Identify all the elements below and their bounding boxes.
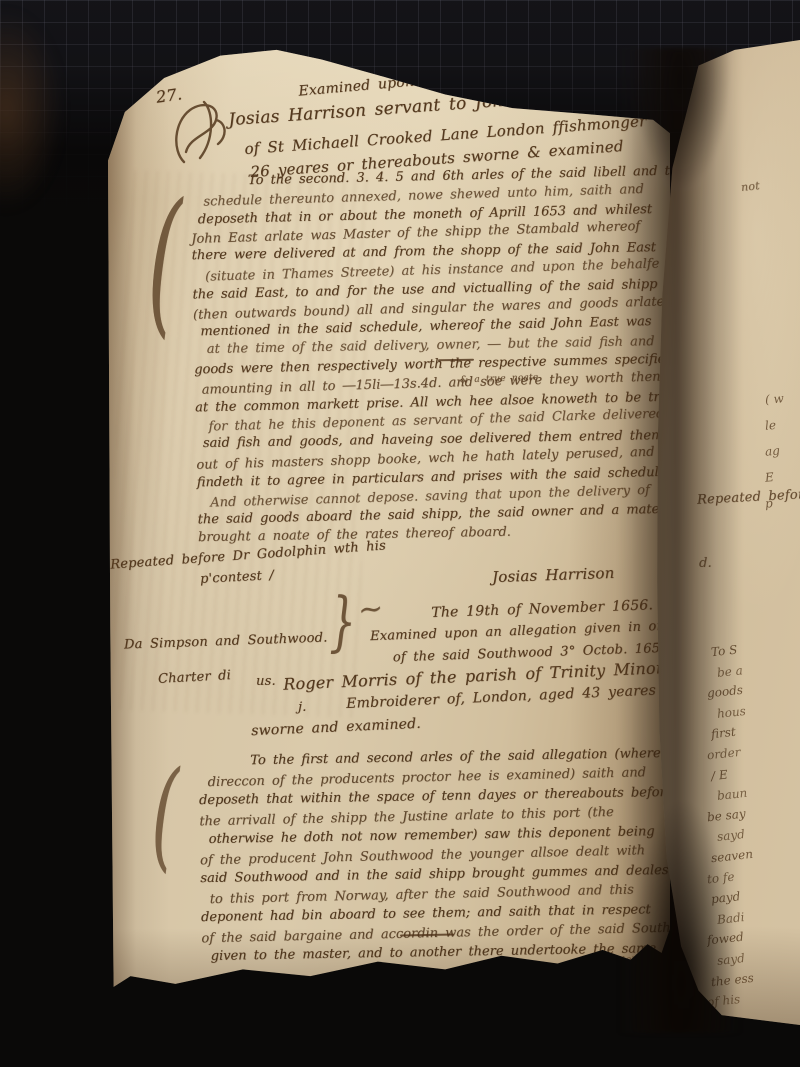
manuscript-right-page-edge: not ( wleagEp Repeated befor d. To Sbe a…	[655, 40, 800, 1025]
paragraph-bracket-flourish: (	[145, 164, 183, 355]
facing-d-mark: d.	[699, 556, 712, 571]
facing-fragment: le	[764, 411, 785, 439]
facing-repeated-note: Repeated befor	[697, 487, 800, 508]
manuscript-left-page: 27. The same day: / Examined upon the fo…	[108, 44, 670, 1016]
facing-fragment: E	[764, 463, 785, 491]
deposition-1-text: To the second. 3. 4. 5 and 6th arles of …	[190, 163, 678, 550]
corner-shadow-blob	[0, 10, 62, 210]
notary-paraph-icon	[170, 92, 234, 170]
photograph-of-manuscript: 27. The same day: / Examined upon the fo…	[0, 0, 800, 1067]
facing-fragment: ag	[764, 437, 785, 465]
brace-icon: }	[329, 585, 356, 660]
deponent-signature: Josias Harrison	[492, 564, 615, 586]
facing-fragments-bottom: To Sbe agoodshousfirstorder/ Ebaunbe say…	[711, 640, 754, 1011]
facing-fragment: ( w	[764, 385, 785, 413]
paragraph-bracket-flourish-2: (	[150, 744, 180, 885]
margin-us-note: us.	[256, 674, 276, 689]
facing-fragment-top: not	[740, 179, 760, 194]
